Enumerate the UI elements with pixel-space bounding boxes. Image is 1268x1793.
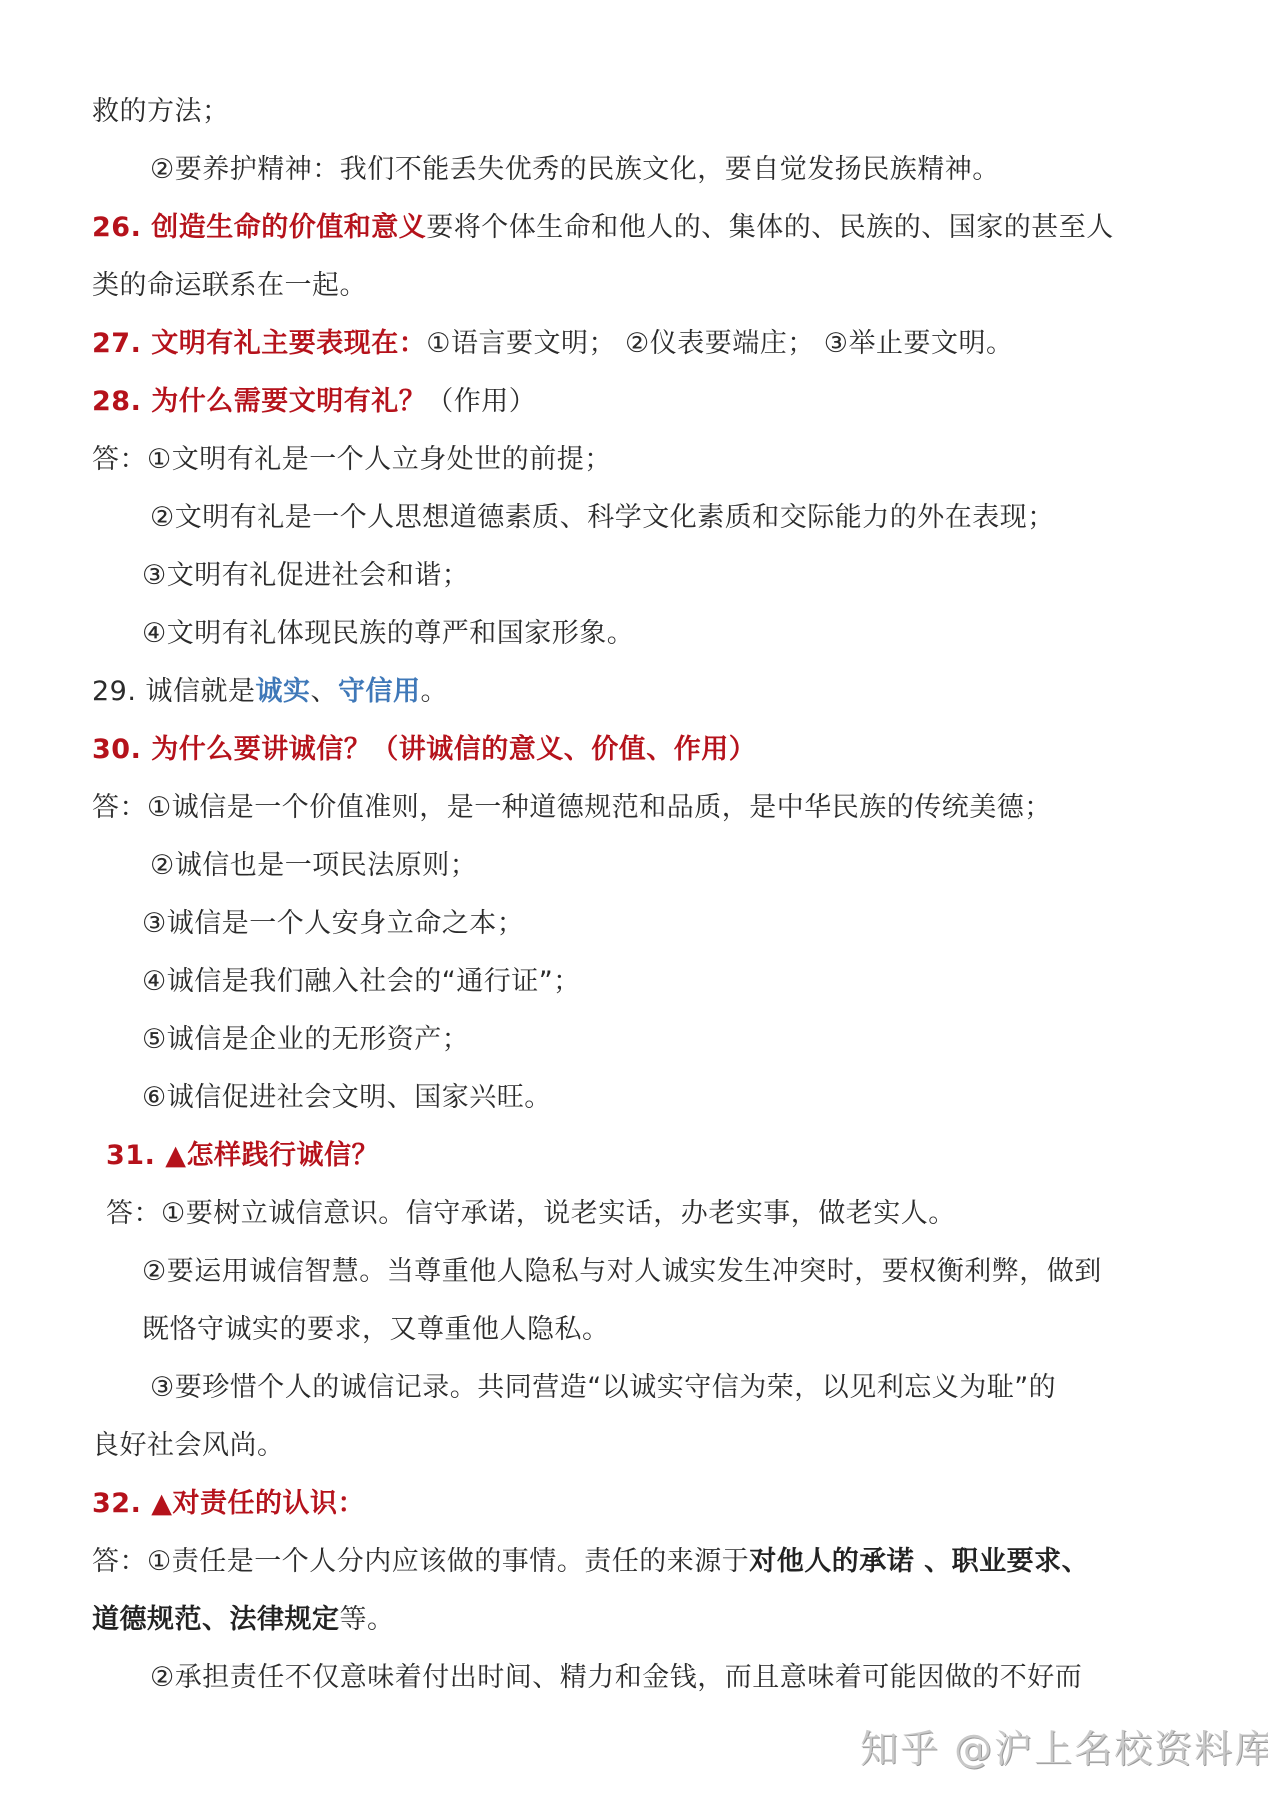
text-segment: 良好社会风尚。 bbox=[92, 1430, 285, 1461]
bold-text: 道德规范、法律规定 bbox=[92, 1604, 340, 1635]
text-line: 27. 文明有礼主要表现在：①语言要文明； ②仪表要端庄； ③举止要文明。 bbox=[92, 324, 1014, 364]
text-line: 30. 为什么要讲诚信？（讲诚信的意义、价值、作用） bbox=[92, 730, 756, 770]
text-segment: 类的命运联系在一起。 bbox=[92, 270, 367, 301]
text-segment: 答：①文明有礼是一个人立身处世的前提； bbox=[92, 444, 612, 475]
text-line: ⑥诚信促进社会文明、国家兴旺。 bbox=[142, 1078, 552, 1118]
text-segment: ④诚信是我们融入社会的“通行证”； bbox=[142, 966, 581, 997]
text-segment: 。 bbox=[421, 676, 449, 707]
text-line: ③诚信是一个人安身立命之本； bbox=[142, 904, 524, 944]
text-segment: （作用） bbox=[426, 386, 536, 417]
watermark: 知乎 @沪上名校资料库 bbox=[860, 1718, 1268, 1773]
text-line: 32. ▲对责任的认识： bbox=[92, 1484, 365, 1524]
heading-text: 32. ▲对责任的认识： bbox=[92, 1488, 365, 1519]
text-segment: ③诚信是一个人安身立命之本； bbox=[142, 908, 524, 939]
text-line: 29. 诚信就是诚实、守信用。 bbox=[92, 672, 448, 712]
text-segment: 答：①诚信是一个价值准则，是一种道德规范和品质，是中华民族的传统美德； bbox=[92, 792, 1052, 823]
text-segment: 、 bbox=[311, 676, 339, 707]
text-segment: ②文明有礼是一个人思想道德素质、科学文化素质和交际能力的外在表现； bbox=[150, 502, 1055, 533]
text-line: 类的命运联系在一起。 bbox=[92, 266, 367, 306]
text-segment: 答：①责任是一个人分内应该做的事情。责任的来源于 bbox=[92, 1546, 749, 1577]
text-segment: ③文明有礼促进社会和谐； bbox=[142, 560, 469, 591]
text-line: ②文明有礼是一个人思想道德素质、科学文化素质和交际能力的外在表现； bbox=[150, 498, 1055, 538]
text-line: ②承担责任不仅意味着付出时间、精力和金钱，而且意味着可能因做的不好而 bbox=[150, 1658, 1082, 1698]
text-segment: ④文明有礼体现民族的尊严和国家形象。 bbox=[142, 618, 634, 649]
text-line: 既恪守诚实的要求，又尊重他人隐私。 bbox=[142, 1310, 610, 1350]
text-segment: ②要养护精神：我们不能丢失优秀的民族文化，要自觉发扬民族精神。 bbox=[150, 154, 1000, 185]
text-line: 28. 为什么需要文明有礼？（作用） bbox=[92, 382, 536, 422]
text-segment: 救的方法； bbox=[92, 96, 230, 127]
text-line: ②要养护精神：我们不能丢失优秀的民族文化，要自觉发扬民族精神。 bbox=[150, 150, 1000, 190]
heading-text: 28. 为什么需要文明有礼？ bbox=[92, 386, 426, 417]
text-line: 良好社会风尚。 bbox=[92, 1426, 285, 1466]
text-segment: ①语言要文明； ②仪表要端庄； ③举止要文明。 bbox=[426, 328, 1013, 359]
heading-text: 30. 为什么要讲诚信？（讲诚信的意义、价值、作用） bbox=[92, 734, 756, 765]
text-segment: ⑤诚信是企业的无形资产； bbox=[142, 1024, 469, 1055]
highlight-text: 守信用 bbox=[338, 676, 421, 707]
text-line: 道德规范、法律规定等。 bbox=[92, 1600, 395, 1640]
text-segment: ②要运用诚信智慧。当尊重他人隐私与对人诚实发生冲突时，要权衡利弊，做到 bbox=[142, 1256, 1102, 1287]
highlight-text: 诚实 bbox=[256, 676, 311, 707]
text-line: ③要珍惜个人的诚信记录。共同营造“以诚实守信为荣，以见利忘义为耻”的 bbox=[150, 1368, 1056, 1408]
text-line: 31. ▲怎样践行诚信？ bbox=[106, 1136, 379, 1176]
text-segment: ②诚信也是一项民法原则； bbox=[150, 850, 477, 881]
text-segment: 答：①要树立诚信意识。信守承诺，说老实话，办老实事，做老实人。 bbox=[106, 1198, 956, 1229]
heading-text: 27. 文明有礼主要表现在： bbox=[92, 328, 426, 359]
text-line: 答：①文明有礼是一个人立身处世的前提； bbox=[92, 440, 612, 480]
heading-text: 26. 创造生命的价值和意义 bbox=[92, 212, 426, 243]
text-segment: 要将个体生命和他人的、集体的、民族的、国家的甚至人 bbox=[426, 212, 1114, 243]
text-segment: 等。 bbox=[340, 1604, 395, 1635]
text-segment: 既恪守诚实的要求，又尊重他人隐私。 bbox=[142, 1314, 610, 1345]
text-line: 答：①要树立诚信意识。信守承诺，说老实话，办老实事，做老实人。 bbox=[106, 1194, 956, 1234]
text-segment: ③要珍惜个人的诚信记录。共同营造“以诚实守信为荣，以见利忘义为耻”的 bbox=[150, 1372, 1056, 1403]
text-segment: ②承担责任不仅意味着付出时间、精力和金钱，而且意味着可能因做的不好而 bbox=[150, 1662, 1082, 1693]
text-segment: 29. 诚信就是 bbox=[92, 676, 256, 707]
text-line: ⑤诚信是企业的无形资产； bbox=[142, 1020, 469, 1060]
text-line: ②诚信也是一项民法原则； bbox=[150, 846, 477, 886]
text-line: 答：①责任是一个人分内应该做的事情。责任的来源于对他人的承诺 、职业要求、 bbox=[92, 1542, 1089, 1582]
text-line: 救的方法； bbox=[92, 92, 230, 132]
heading-text: 31. ▲怎样践行诚信？ bbox=[106, 1140, 379, 1171]
text-line: 26. 创造生命的价值和意义要将个体生命和他人的、集体的、民族的、国家的甚至人 bbox=[92, 208, 1114, 248]
text-line: ③文明有礼促进社会和谐； bbox=[142, 556, 469, 596]
text-line: ④诚信是我们融入社会的“通行证”； bbox=[142, 962, 581, 1002]
text-line: ②要运用诚信智慧。当尊重他人隐私与对人诚实发生冲突时，要权衡利弊，做到 bbox=[142, 1252, 1102, 1292]
text-line: ④文明有礼体现民族的尊严和国家形象。 bbox=[142, 614, 634, 654]
text-segment: ⑥诚信促进社会文明、国家兴旺。 bbox=[142, 1082, 552, 1113]
bold-text: 对他人的承诺 、职业要求、 bbox=[749, 1546, 1089, 1577]
document-page: 救的方法；②要养护精神：我们不能丢失优秀的民族文化，要自觉发扬民族精神。26. … bbox=[0, 0, 1268, 1793]
text-line: 答：①诚信是一个价值准则，是一种道德规范和品质，是中华民族的传统美德； bbox=[92, 788, 1052, 828]
